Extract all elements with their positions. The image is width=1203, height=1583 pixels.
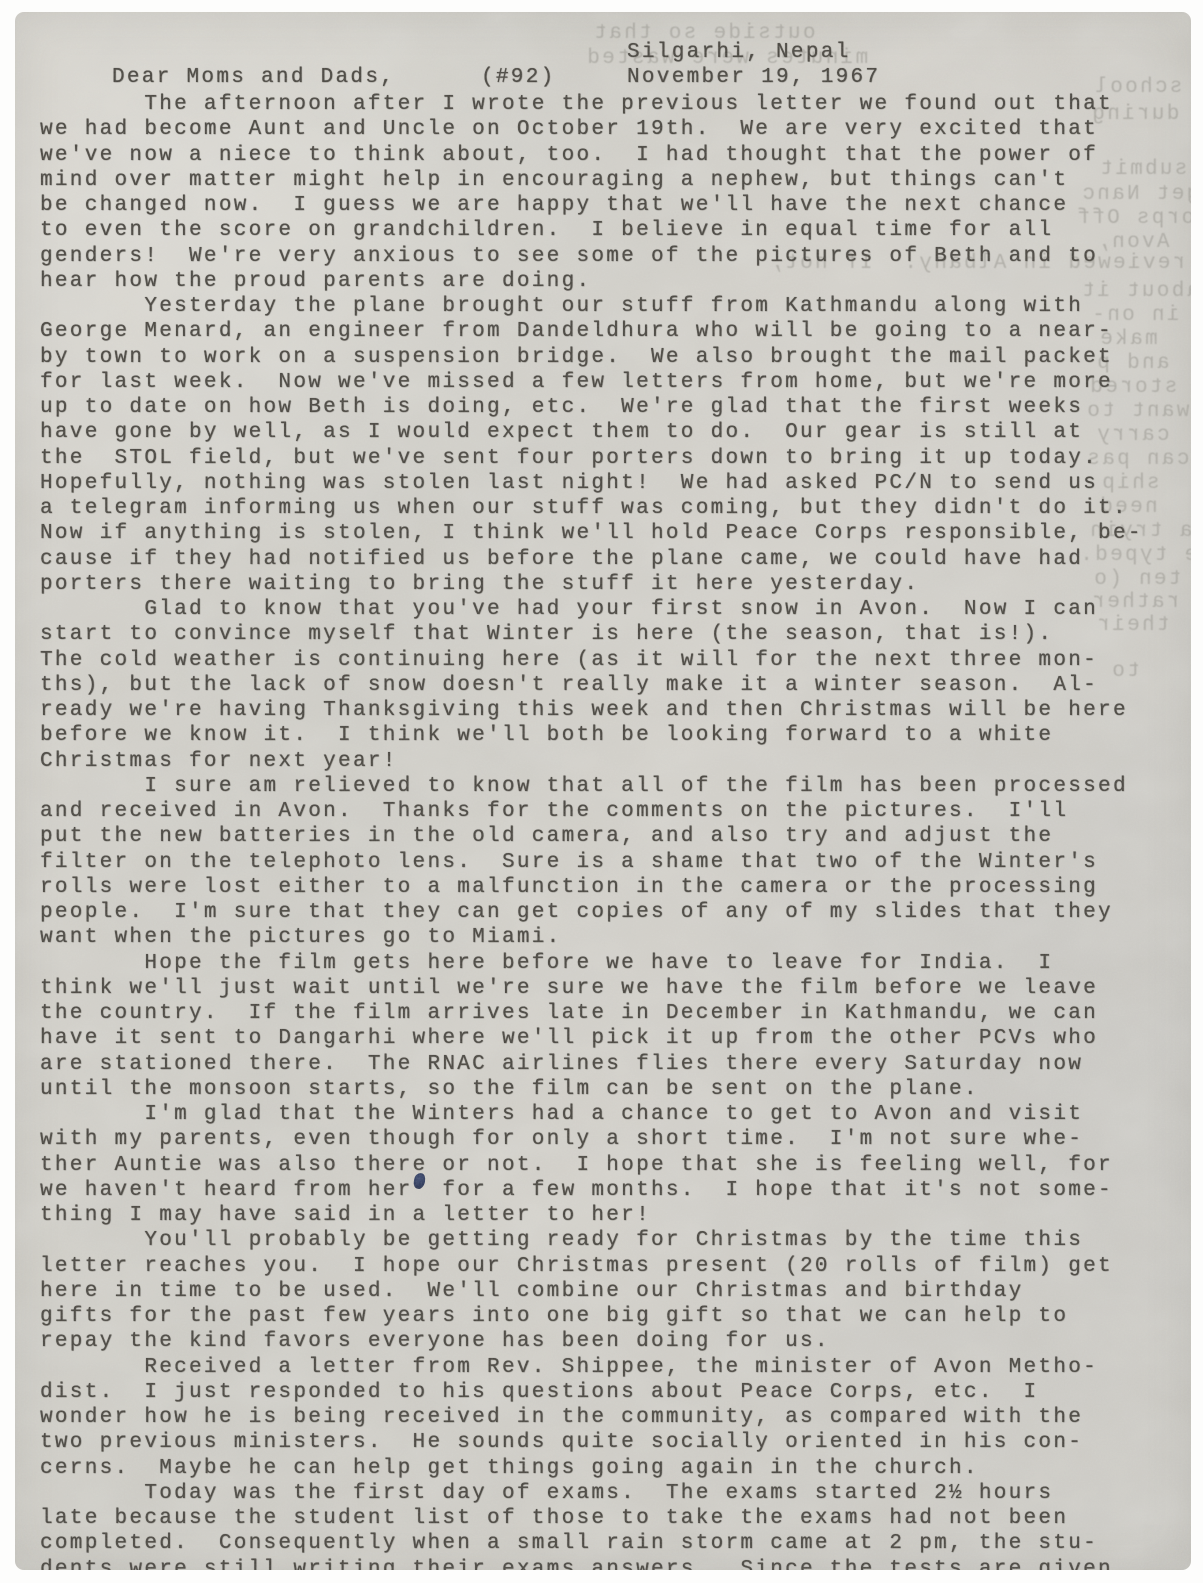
letter-salutation: Dear Moms and Dads, [112,66,395,89]
letter-line: start to convince myself that Winter is … [40,622,1143,647]
letter-line: the STOL field, but we've sent four port… [40,446,1143,471]
letter-line: The cold weather is continuing here (as … [40,648,1143,673]
letter-line: You'll probably be getting ready for Chr… [40,1228,1143,1253]
letter-line: I'm glad that the Winters had a chance t… [40,1102,1143,1127]
letter-line: have gone by well, as I would expect the… [40,420,1143,445]
letter-line: gifts for the past few years into one bi… [40,1304,1143,1329]
letter-line: Hope the film gets here before we have t… [40,951,1143,976]
letter-line: by town to work on a suspension bridge. … [40,345,1143,370]
letter-line: Hopefully, nothing was stolen last night… [40,471,1143,496]
letter-line: genders! We're very anxious to see some … [40,244,1143,269]
letter-line: porters there waiting to bring the stuff… [40,572,1143,597]
letter-line: repay the kind favors everyone has been … [40,1329,1143,1354]
letter-line: late because the student list of those t… [40,1506,1143,1531]
letter-line: completed. Consequently when a small rai… [40,1531,1143,1556]
letter-line: be changed now. I guess we are happy tha… [40,193,1143,218]
letter-line: a telegram informing us when our stuff w… [40,496,1143,521]
letter-line: rolls were lost either to a malfunction … [40,875,1143,900]
letter-line: put the new batteries in the old camera,… [40,824,1143,849]
letter-line: Now if anything is stolen, I think we'll… [40,521,1143,546]
letter-line: we haven't heard from her for a few mont… [40,1178,1143,1203]
letter-line: I sure am relieved to know that all of t… [40,774,1143,799]
letter-line: Received a letter from Rev. Shippee, the… [40,1355,1143,1380]
letter-line: mind over matter might help in encouragi… [40,168,1143,193]
letter-line: The afternoon after I wrote the previous… [40,92,1143,117]
letter-line: want when the pictures go to Miami. [40,925,1143,950]
letter-line: ready we're having Thanksgiving this wee… [40,698,1143,723]
letter-line: have it sent to Dangarhi where we'll pic… [40,1026,1143,1051]
letter-line: are stationed there. The RNAC airlines f… [40,1052,1143,1077]
scanned-letter: outside so thatminutes were wastedschool… [0,0,1203,1583]
letter-line: people. I'm sure that they can get copie… [40,900,1143,925]
letter-line: hear how the proud parents are doing. [40,269,1143,294]
letter-line: think we'll just wait until we're sure w… [40,976,1143,1001]
letter-line: and received in Avon. Thanks for the com… [40,799,1143,824]
letter-line: thing I may have said in a letter to her… [40,1203,1143,1228]
letter-line: until the monsoon starts, so the film ca… [40,1077,1143,1102]
letter-line: cause if they had notified us before the… [40,547,1143,572]
letter-line: cerns. Maybe he can help get things goin… [40,1456,1143,1481]
letter-number: (#92) [481,66,556,89]
letter-line: Today was the first day of exams. The ex… [40,1481,1143,1506]
letter-line: here in time to be used. We'll combine o… [40,1279,1143,1304]
letter-line: the country. If the film arrives late in… [40,1001,1143,1026]
letter-line: wonder how he is being received in the c… [40,1405,1143,1430]
paper-sheet: outside so thatminutes were wastedschool… [15,12,1191,1570]
letter-line: before we know it. I think we'll both be… [40,723,1143,748]
letter-line: ths), but the lack of snow doesn't reall… [40,673,1143,698]
letter-line: with my parents, even though for only a … [40,1127,1143,1152]
letter-line: Glad to know that you've had your first … [40,597,1143,622]
letter-line: dents were still writing their exams ans… [40,1557,1143,1571]
letter: Silgarhi, Nepal Dear Moms and Dads, (#92… [15,12,1191,1570]
letter-line: ther Auntie was also there or not. I hop… [40,1153,1143,1178]
letter-location: Silgarhi, Nepal [627,41,851,64]
letter-date: November 19, 1967 [627,66,880,89]
letter-line: up to date on how Beth is doing, etc. We… [40,395,1143,420]
letter-line: we had become Aunt and Uncle on October … [40,117,1143,142]
letter-line: dist. I just responded to his questions … [40,1380,1143,1405]
letter-line: filter on the telephoto lens. Sure is a … [40,850,1143,875]
letter-line: to even the score on grandchildren. I be… [40,218,1143,243]
letter-line: two previous ministers. He sounds quite … [40,1430,1143,1455]
letter-line: we've now a niece to think about, too. I… [40,143,1143,168]
letter-line: Christmas for next year! [40,749,1143,774]
letter-body: The afternoon after I wrote the previous… [40,92,1143,1570]
letter-line: Yesterday the plane brought our stuff fr… [40,294,1143,319]
letter-line: for last week. Now we've missed a few le… [40,370,1143,395]
letter-line: George Menard, an engineer from Dandeldh… [40,319,1143,344]
letter-line: letter reaches you. I hope our Christmas… [40,1254,1143,1279]
